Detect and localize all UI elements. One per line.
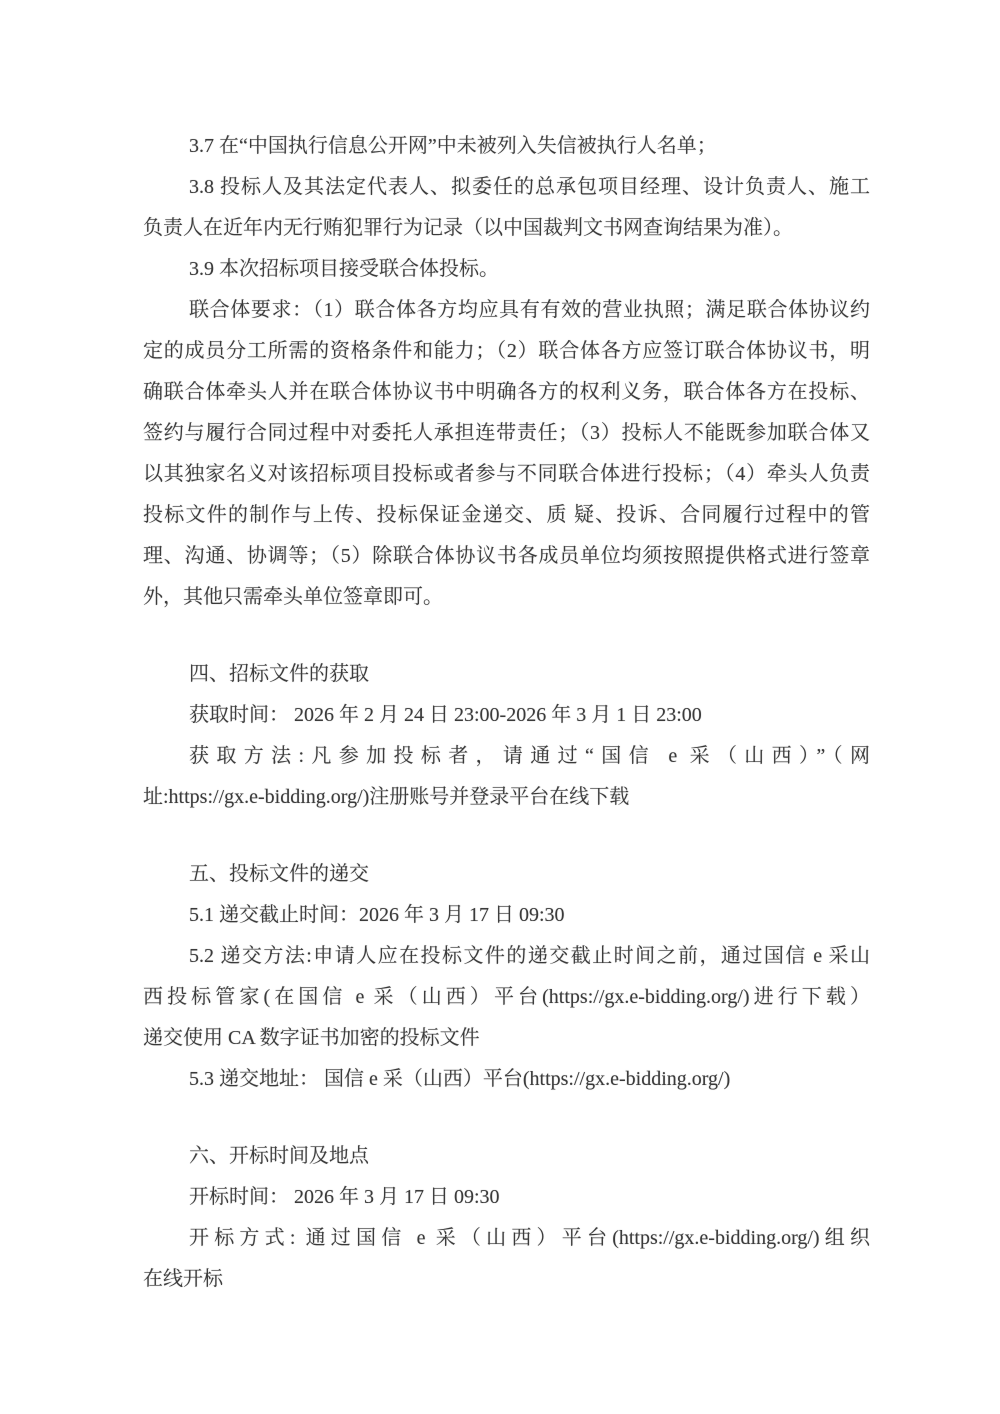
text-line: 五、投标文件的递交 (143, 854, 870, 895)
text-line: 理、沟通、协调等；（5）除联合体协议书各成员单位均须按照提供格式进行签章 (143, 536, 870, 577)
text-line: 递交使用 CA 数字证书加密的投标文件 (143, 1018, 870, 1059)
text-line: 在线开标 (143, 1259, 870, 1300)
text-line: 签约与履行合同过程中对委托人承担连带责任；（3）投标人不能既参加联合体又 (143, 413, 870, 454)
paragraph: 联合体要求：（1）联合体各方均应具有有效的营业执照；满足联合体协议约定的成员分工… (143, 290, 870, 618)
section-heading: 五、投标文件的递交 (143, 854, 870, 895)
paragraph: 5.2 递交方法:申请人应在投标文件的递交截止时间之前，通过国信 e 采山西投标… (143, 936, 870, 1059)
text-line: 负责人在近年内无行贿犯罪行为记录（以中国裁判文书网查询结果为准）。 (143, 208, 870, 249)
text-line: 定的成员分工所需的资格条件和能力；（2）联合体各方应签订联合体协议书，明 (143, 331, 870, 372)
text-line: 址:https://gx.e-bidding.org/)注册账号并登录平台在线下… (143, 777, 870, 818)
text-line: 开标方式: 通过国信 e 采（山西）平台(https://gx.e-biddin… (143, 1218, 870, 1259)
text-line: 六、开标时间及地点 (143, 1136, 870, 1177)
text-line: 确联合体牵头人并在联合体协议书中明确各方的权利义务，联合体各方在投标、 (143, 372, 870, 413)
text-line: 5.2 递交方法:申请人应在投标文件的递交截止时间之前，通过国信 e 采山 (143, 936, 870, 977)
text-line: 以其独家名义对该招标项目投标或者参与不同联合体进行投标；（4）牵头人负责 (143, 454, 870, 495)
text-line: 获取方法:凡参加投标者，请通过“国信 e 采（山西）”（网 (143, 736, 870, 777)
paragraph: 5.3 递交地址： 国信 e 采（山西）平台(https://gx.e-bidd… (143, 1059, 870, 1100)
paragraph: 3.9 本次招标项目接受联合体投标。 (143, 249, 870, 290)
section-heading: 六、开标时间及地点 (143, 1136, 870, 1177)
paragraph: 3.7 在“中国执行信息公开网”中未被列入失信被执行人名单； (143, 126, 870, 167)
text-line: 3.7 在“中国执行信息公开网”中未被列入失信被执行人名单； (143, 126, 870, 167)
text-line: 西投标管家(在国信 e 采（山西）平台(https://gx.e-bidding… (143, 977, 870, 1018)
paragraph: 获取时间： 2026 年 2 月 24 日 23:00-2026 年 3 月 1… (143, 695, 870, 736)
text-line: 获取时间： 2026 年 2 月 24 日 23:00-2026 年 3 月 1… (143, 695, 870, 736)
text-line: 3.9 本次招标项目接受联合体投标。 (143, 249, 870, 290)
text-line: 3.8 投标人及其法定代表人、拟委任的总承包项目经理、设计负责人、施工 (143, 167, 870, 208)
text-line: 5.3 递交地址： 国信 e 采（山西）平台(https://gx.e-bidd… (143, 1059, 870, 1100)
text-line: 5.1 递交截止时间：2026 年 3 月 17 日 09:30 (143, 895, 870, 936)
paragraph: 5.1 递交截止时间：2026 年 3 月 17 日 09:30 (143, 895, 870, 936)
text-line: 投标文件的制作与上传、投标保证金递交、质 疑、投诉、合同履行过程中的管 (143, 495, 870, 536)
paragraph: 获取方法:凡参加投标者，请通过“国信 e 采（山西）”（网址:https://g… (143, 736, 870, 818)
document-page: 3.7 在“中国执行信息公开网”中未被列入失信被执行人名单；3.8 投标人及其法… (0, 0, 1000, 1414)
section-heading: 四、招标文件的获取 (143, 654, 870, 695)
text-line: 开标时间： 2026 年 3 月 17 日 09:30 (143, 1177, 870, 1218)
document-body: 3.7 在“中国执行信息公开网”中未被列入失信被执行人名单；3.8 投标人及其法… (143, 126, 870, 1300)
paragraph: 3.8 投标人及其法定代表人、拟委任的总承包项目经理、设计负责人、施工负责人在近… (143, 167, 870, 249)
paragraph: 开标时间： 2026 年 3 月 17 日 09:30 (143, 1177, 870, 1218)
paragraph: 开标方式: 通过国信 e 采（山西）平台(https://gx.e-biddin… (143, 1218, 870, 1300)
text-line: 外，其他只需牵头单位签章即可。 (143, 577, 870, 618)
text-line: 联合体要求：（1）联合体各方均应具有有效的营业执照；满足联合体协议约 (143, 290, 870, 331)
text-line: 四、招标文件的获取 (143, 654, 870, 695)
